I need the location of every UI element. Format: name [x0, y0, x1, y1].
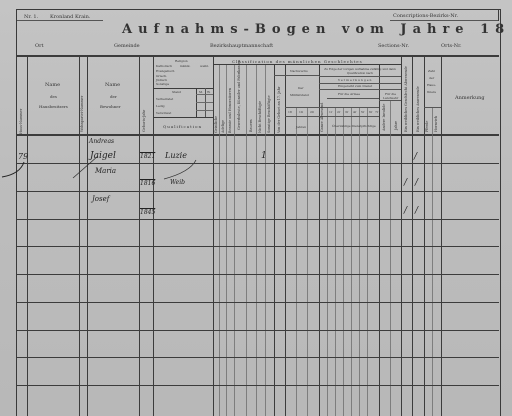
col-line: [213, 56, 214, 416]
col-geburtsjahr: Geburts-Jahr: [142, 110, 146, 132]
row-line: [17, 274, 499, 275]
header-divider: [319, 89, 401, 90]
census-form-page: Nr. 1. Kronland Krain. Aufnahms-Bogen vo…: [0, 0, 512, 416]
entry-bewohner: Maria: [95, 167, 116, 175]
entry-owner-note: Andreas: [89, 138, 114, 145]
armee-col: 6r: [369, 110, 372, 114]
armee-col: 3r: [345, 110, 348, 114]
form-number: Nr. 1.: [24, 14, 38, 20]
religion-row: Katholisch: [156, 64, 172, 68]
field-gemeinde: Gemeinde: [114, 43, 140, 49]
eingereiht-label: Eingereiht zum Dienst: [338, 84, 372, 88]
zahl-label: thiere: [427, 90, 436, 94]
religion-header-male: männl.: [180, 64, 190, 68]
invalide-label: Andere Invalide: [382, 103, 386, 131]
stand-title: Stand: [172, 90, 181, 94]
entry-geburtsjahr: 1816: [140, 180, 155, 187]
stand-header-m: M.: [199, 90, 203, 94]
class-col: Gewerbsleute, Künstler und Fabrikanten: [237, 70, 241, 130]
col-line-thin: [265, 65, 266, 416]
class-col: Beamte und Honoratioren: [228, 85, 232, 133]
militaer-label: Der: [298, 86, 304, 90]
form-title: Aufnahms-Bogen vom Jahre 18: [122, 22, 510, 37]
entry-geburtsjahr: 1821: [140, 153, 155, 160]
header-underline: [17, 20, 103, 21]
col-name-owner-3: Hausbesitzers: [39, 104, 68, 109]
row-line: [17, 302, 499, 303]
classification-title: Classification des männlichen Geschlecht…: [232, 59, 363, 64]
field-bezirk: Bezirkshauptmannschaft: [210, 43, 273, 49]
class-col: Sonstige Beschäftigte: [267, 95, 271, 133]
col-line: [285, 65, 286, 416]
pen-stroke-icon: [0, 160, 30, 180]
col-line: [379, 65, 380, 416]
header-divider: [285, 116, 379, 117]
classification-divider: [213, 64, 401, 65]
col-line: [139, 56, 140, 416]
header-divider: [327, 98, 379, 99]
religion-row: Sonstige: [156, 82, 169, 86]
class-col: Nicht Beschäftigte: [258, 95, 262, 133]
header-divider: [424, 107, 441, 108]
zahl-label: Haus-: [427, 83, 436, 87]
age-label: 19: [299, 110, 303, 114]
zur-zeit-label: Zu Folge der vorigen Aufnahme zufällig; …: [322, 67, 398, 75]
entry-mark: /: [415, 178, 418, 188]
ueberzaehlige-label: Überzählige Dienstpflichtige: [332, 124, 376, 128]
age-label: 20: [310, 110, 314, 114]
col-qualification: Qualification: [163, 124, 202, 129]
crownland: Kronland Krain.: [50, 14, 90, 20]
entry-bewohner: Josef: [92, 195, 109, 203]
stand-row: Verheiratet: [156, 97, 173, 101]
entry-bewohner: Jaigel: [90, 151, 116, 161]
col-line-thin: [234, 65, 235, 416]
jahren-label: Jahren: [296, 125, 306, 129]
col-line-thin: [432, 107, 433, 416]
col-name-resident-1: Name: [105, 82, 120, 88]
armee-col: 4r: [353, 110, 356, 114]
col-line: [274, 65, 275, 416]
entry-mark: /: [415, 206, 418, 216]
col-line: [412, 56, 413, 416]
right-col-label: Ein weibliches Geschlecht Abwesende: [404, 72, 408, 132]
religion-header-female: weibl.: [200, 64, 209, 68]
religion-row: Evangelisch: [156, 69, 174, 73]
header-right-edge: [498, 9, 499, 21]
landwehr-label: Landwehr: [383, 96, 398, 100]
field-orts: Orts-Nr.: [441, 43, 462, 49]
col-name-resident-2: der: [110, 94, 117, 99]
armee-col: 7r: [375, 110, 378, 114]
militaer-label: Militärstand: [290, 93, 309, 97]
stand-box-divider: [196, 94, 213, 95]
entry-qualification: Weib: [170, 179, 185, 186]
entry-mark: /: [414, 152, 417, 162]
jahre-col-label: Jahre: [394, 118, 398, 130]
class-col: Von der Geburt an 17. Jahr: [277, 90, 281, 133]
col-line: [424, 56, 425, 416]
header-divider: [319, 76, 401, 77]
col-line-thin: [256, 65, 257, 416]
col-line-thin: [219, 65, 220, 416]
fuer-armee-label: Für die Armee: [338, 92, 360, 96]
col-line-thin: [307, 107, 308, 416]
table-top-border: [17, 55, 499, 57]
nachwuchs-divider: [274, 75, 319, 76]
age-label: 18: [288, 110, 292, 114]
col-line: [27, 56, 28, 416]
zahl-sub-label: Hornvieh: [434, 112, 438, 132]
class-col: Bauern: [249, 112, 253, 132]
row-line: [17, 385, 499, 386]
zahl-sub-label: Pferde: [425, 112, 429, 132]
stand-row: Ledig: [156, 104, 165, 108]
row-line: [17, 357, 499, 358]
header-divider: [285, 107, 379, 108]
col-wohnpartei: Wohnpartei-Nummer: [80, 82, 84, 132]
col-line-thin: [226, 65, 227, 416]
anmerkung-label: Anmerkung: [455, 95, 485, 101]
field-sections: Sections-Nr.: [378, 43, 409, 49]
stand-row: Verwitwet: [156, 111, 171, 115]
col-line: [153, 56, 154, 416]
col-line: [401, 56, 402, 416]
col-line-thin: [296, 107, 297, 416]
vermerkungen-label: Vermerkungen: [338, 78, 372, 82]
stand-box-divider: [196, 102, 213, 103]
class-col: Adelige: [221, 115, 225, 133]
col-line: [441, 56, 442, 416]
row-line: [17, 219, 499, 220]
col-name-owner-1: Name: [45, 82, 60, 88]
col-line-thin: [359, 108, 360, 416]
row-line: [17, 330, 499, 331]
stand-header-w: W.: [207, 90, 211, 94]
conscription-district-label: Conscriptions-Bezirks-Nr.: [393, 13, 458, 19]
class-col: Geistliche: [214, 115, 218, 133]
entry-geburtsjahr: 1845: [140, 209, 155, 216]
col-line: [87, 56, 88, 416]
nachwuchs-label: Nachwuchs: [290, 69, 308, 73]
religion-title: Religion: [175, 59, 188, 63]
header-divider: [379, 100, 401, 101]
col-line-thin: [335, 108, 336, 416]
conscription-underline: [390, 20, 498, 21]
entry-mark: /: [404, 178, 407, 188]
col-line-thin: [327, 108, 328, 416]
zahl-label: Zahl: [428, 69, 435, 73]
stand-box-bottom: [153, 117, 213, 118]
header-bottom-border: [17, 134, 499, 136]
col-name-resident-3: Bewohner: [100, 104, 121, 109]
stand-box-divider: [196, 110, 213, 111]
field-ort: Ort: [35, 43, 44, 49]
armee-col: 5r: [361, 110, 364, 114]
row-line: [17, 246, 499, 247]
armee-col: 1r: [329, 110, 332, 114]
col-name-owner-2: des: [50, 94, 57, 99]
col-line-thin: [246, 65, 247, 416]
right-col-label: Ein weibliches Anwesende: [416, 95, 420, 132]
row-line: [17, 191, 499, 192]
zahl-label: der: [429, 76, 434, 80]
col-line-thin: [343, 108, 344, 416]
col-line-thin: [351, 108, 352, 416]
religion-box-bottom: [153, 88, 213, 89]
entry-mark: 1: [261, 151, 267, 161]
ganze-abwesend-label: Ganze Abwesend: [320, 108, 324, 132]
entry-mark: /: [404, 206, 407, 216]
col-line-thin: [390, 100, 391, 416]
col-haus-nummer: Haus-Nummer: [19, 100, 23, 134]
col-line-thin: [367, 108, 368, 416]
armee-col: 2r: [337, 110, 340, 114]
